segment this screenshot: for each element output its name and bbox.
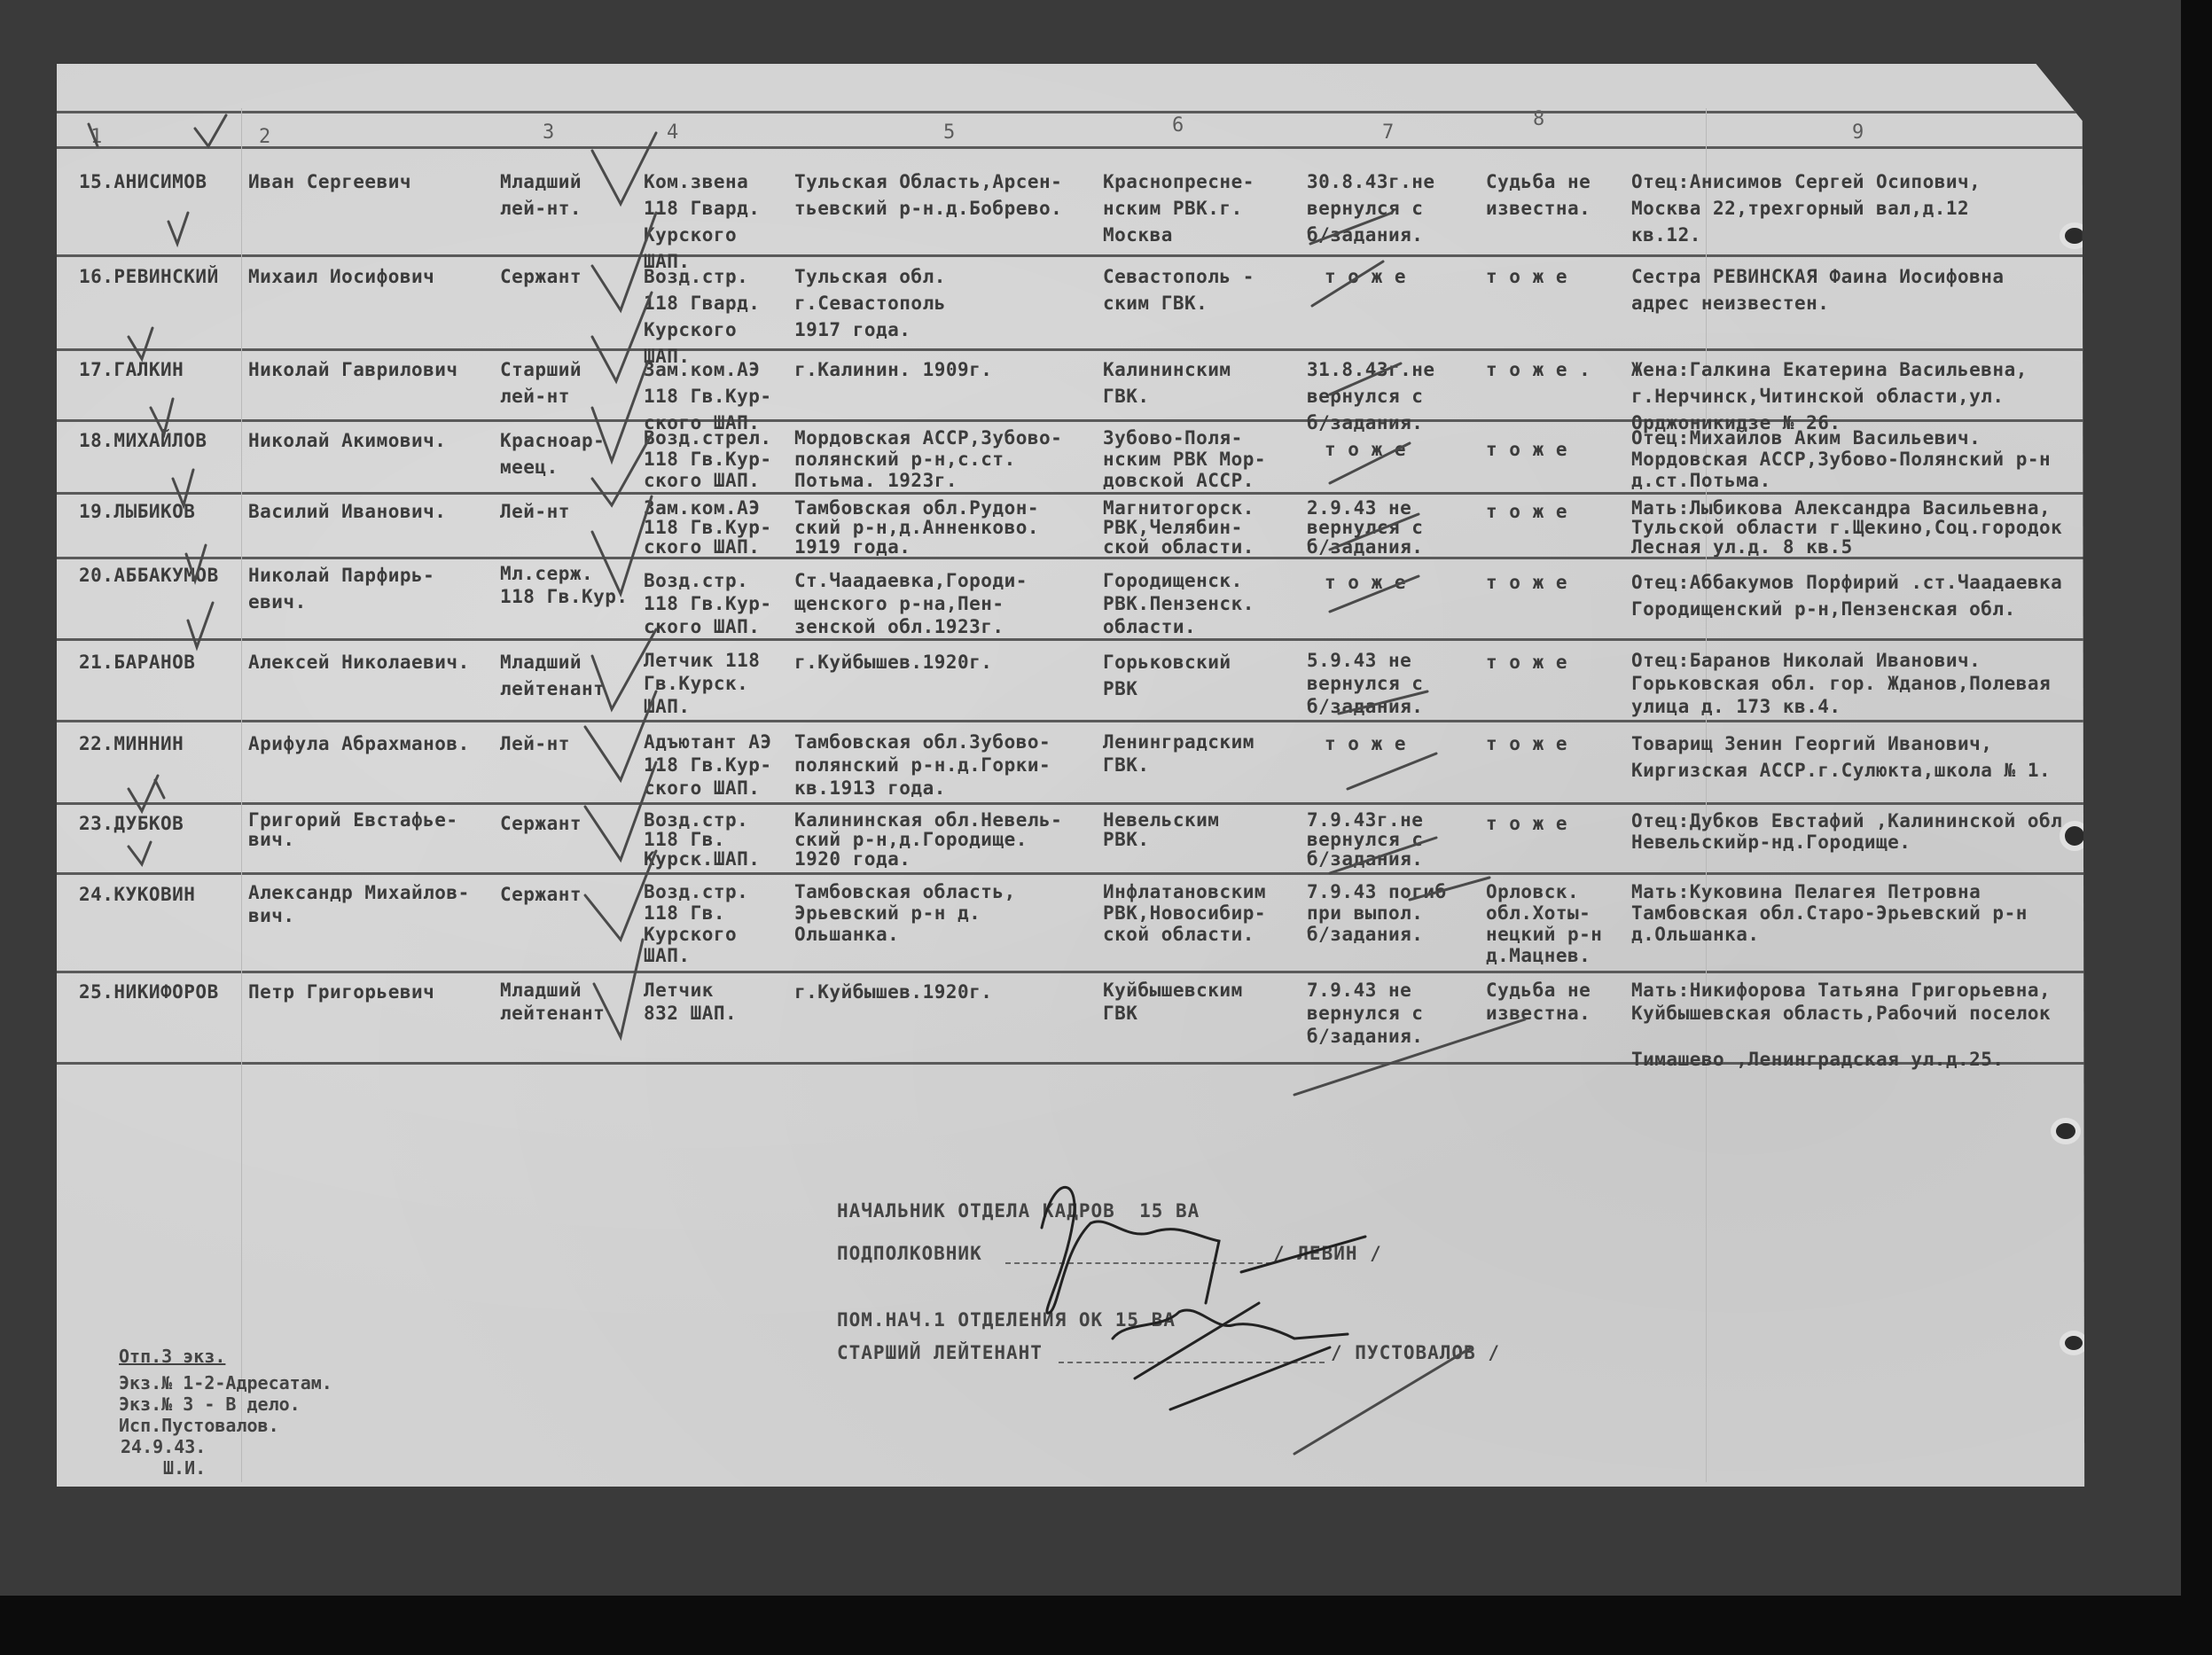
row-given-names: Михаил Иосифович	[248, 263, 434, 290]
row-rule	[57, 872, 2136, 875]
row-fate: т о ж е	[1486, 569, 1567, 596]
row-number-surname: 15.АНИСИМОВ	[79, 168, 207, 195]
row-given-names: Николай Гаврилович	[248, 356, 458, 383]
row-date-reason: т о ж е	[1325, 730, 1406, 757]
row-relatives: Мать:Лыбикова Александра Васильевна, Тул…	[1631, 498, 2062, 557]
row-position: Зам.ком.АЭ 118 Гв.Кур- ского ШАП.	[644, 498, 772, 557]
row-number-surname: 16.РЕВИНСКИЙ	[79, 263, 219, 290]
row-number-surname: 24.КУКОВИН	[79, 881, 195, 908]
column-number-7: 7	[1382, 121, 1394, 144]
row-position: Возд.стрел. 118 Гв.Кур- ского ШАП.	[644, 427, 772, 491]
row-number-surname: 25.НИКИФОРОВ	[79, 979, 219, 1005]
row-number-surname: 20.АББАКУМОВ	[79, 562, 219, 589]
header-bottom-rule	[57, 146, 2158, 149]
signature-name-1: / ЛЕВИН /	[1273, 1243, 1382, 1264]
row-relatives: Отец:Дубков Евстафий ,Калининской обл. Н…	[1631, 810, 2074, 853]
row-draft-office: Горьковский РВК	[1103, 649, 1231, 702]
signature-title-1: НАЧАЛЬНИК ОТДЕЛА КАДРОВ 15 ВА	[837, 1200, 1200, 1222]
row-date-reason: т о ж е	[1325, 263, 1406, 290]
row-draft-office: Магнитогорск. РВК,Челябин- ской области.	[1103, 498, 1255, 557]
signature-title-2: ПОМ.НАЧ.1 ОТДЕЛЕНИЯ ОК 15 ВА	[837, 1309, 1176, 1331]
row-birthplace: Тамбовская обл.Зубово- полянский р-н.д.Г…	[794, 730, 1051, 800]
punch-hole	[2065, 228, 2084, 244]
column-number-6: 6	[1172, 114, 1184, 137]
row-number-surname: 17.ГАЛКИН	[79, 356, 184, 383]
row-given-names: Иван Сергеевич	[248, 168, 411, 195]
row-given-names: Василий Иванович.	[248, 498, 446, 525]
column-divider	[241, 108, 242, 1482]
signature-rank-2: СТАРШИЙ ЛЕЙТЕНАНТ	[837, 1342, 1043, 1363]
row-fate: т о ж е	[1486, 730, 1567, 757]
row-position: Летчик 118 Гв.Курск. ШАП.	[644, 649, 760, 718]
row-birthplace: Тульская обл. г.Севастополь 1917 года.	[794, 263, 946, 343]
row-birthplace: Тамбовская обл.Рудон- ский р-н,д.Анненко…	[794, 498, 1039, 557]
row-birthplace: г.Куйбышев.1920г.	[794, 979, 992, 1005]
signature-line-2	[1059, 1362, 1325, 1363]
signature-line-1	[1005, 1262, 1271, 1264]
row-fate: Судьба не известна.	[1486, 168, 1591, 222]
row-given-names: Николай Парфирь- евич.	[248, 562, 434, 615]
row-relatives: Отец:Аббакумов Порфирий .ст.Чаадаевка Го…	[1631, 569, 2062, 622]
row-rule	[57, 802, 2136, 805]
row-given-names: Алексей Николаевич.	[248, 649, 470, 675]
row-position: Адъютант АЭ 118 Гв.Кур- ского ШАП.	[644, 730, 772, 800]
row-draft-office: Калининским ГВК.	[1103, 356, 1231, 410]
row-fate: т о ж е	[1486, 810, 1567, 837]
row-rank: Младший лей-нт.	[500, 168, 582, 222]
row-draft-office: Зубово-Поля- нским РВК Мор- довской АССР…	[1103, 427, 1266, 491]
row-fate: т о ж е .	[1486, 356, 1591, 383]
row-relatives: Жена:Галкина Екатерина Васильевна, г.Нер…	[1631, 356, 2028, 436]
row-date-reason: 7.9.43 не вернулся с б/задания.	[1307, 979, 1423, 1048]
row-fate: т о ж е	[1486, 498, 1567, 525]
row-rule	[57, 492, 2136, 495]
punch-hole	[2065, 826, 2084, 846]
row-rule	[57, 254, 2149, 257]
punch-hole	[2056, 1123, 2075, 1139]
column-number-1: 1	[90, 126, 102, 148]
row-rule	[57, 720, 2136, 722]
row-date-reason: т о ж е	[1325, 569, 1406, 596]
scanner-edge-bottom	[0, 1596, 2212, 1655]
row-rule	[57, 638, 2136, 641]
row-number-surname: 22.МИННИН	[79, 730, 184, 757]
row-given-names: Николай Акимович.	[248, 427, 446, 454]
row-position: Возд.стр. 118 Гв.Кур- ского ШАП.	[644, 569, 772, 638]
copy-1-note: Экз.№ 1-2-Адресатам.	[119, 1372, 332, 1393]
row-birthplace: г.Куйбышев.1920г.	[794, 649, 992, 675]
row-number-surname: 19.ЛЫБИКОВ	[79, 498, 195, 525]
row-number-surname: 23.ДУБКОВ	[79, 810, 184, 837]
row-rank: Лей-нт	[500, 498, 570, 525]
row-relatives: Товарищ Зенин Георгий Иванович, Киргизск…	[1631, 730, 2051, 784]
row-position: Летчик 832 ШАП.	[644, 979, 737, 1025]
row-relatives: Отец:Михайлов Аким Васильевич. Мордовска…	[1631, 427, 2051, 491]
row-rank: Мл.серж. 118 Гв.Кур.	[500, 562, 629, 608]
row-rank: Старший лей-нт	[500, 356, 582, 410]
row-given-names: Арифула Абрахманов.	[248, 730, 470, 757]
row-rank: Лей-нт	[500, 730, 570, 757]
column-number-9: 9	[1852, 121, 1864, 144]
row-rule	[57, 971, 2136, 973]
row-date-reason: 7.9.43г.не вернулся с б/задания.	[1307, 810, 1423, 869]
row-draft-office: Инфлатановским РВК,Новосибир- ской облас…	[1103, 881, 1266, 945]
row-birthplace: Тамбовская область, Эрьевский р-н д. Оль…	[794, 881, 1016, 945]
row-number-surname: 18.МИХАЙЛОВ	[79, 427, 207, 454]
row-rank: Сержант	[500, 810, 582, 837]
row-fate: Орловск. обл.Хоты- нецкий р-н д.Мацнев.	[1486, 881, 1602, 966]
row-rank: Младший лейтенант	[500, 649, 605, 702]
row-rank: Сержант	[500, 263, 582, 290]
executor-note: Исп.Пустовалов.	[119, 1415, 279, 1436]
row-rank: Младший лейтенант	[500, 979, 605, 1025]
typist-note: Ш.И.	[163, 1457, 206, 1479]
date-note: 24.9.43.	[121, 1436, 206, 1457]
row-birthplace: Тульская Область,Арсен- тьевский р-н.д.Б…	[794, 168, 1062, 222]
row-draft-office: Севастополь - ским ГВК.	[1103, 263, 1255, 316]
column-number-4: 4	[667, 121, 678, 144]
row-relatives: Мать:Куковина Пелагея Петровна Тамбовска…	[1631, 881, 2028, 945]
row-number-surname: 21.БАРАНОВ	[79, 649, 195, 675]
document-page: 1 2 3 4 5 6 7 8 9 15.АНИСИМОВ Иван Серге…	[57, 64, 2162, 1487]
row-birthplace: г.Калинин. 1909г.	[794, 356, 992, 383]
punch-hole	[2065, 1336, 2083, 1350]
row-given-names: Григорий Евстафье- вич.	[248, 810, 458, 849]
copies-note: Отп.3 экз.	[119, 1346, 225, 1367]
signature-rank-1: ПОДПОЛКОВНИК	[837, 1243, 982, 1264]
column-number-8: 8	[1533, 108, 1544, 130]
row-fate: т о ж е	[1486, 263, 1567, 290]
header-top-rule	[57, 111, 2158, 113]
row-date-reason: 7.9.43 погиб при выпол. б/задания.	[1307, 881, 1447, 945]
scanner-edge-right	[2181, 0, 2212, 1655]
row-birthplace: Калининская обл.Невель- ский р-н,д.Город…	[794, 810, 1062, 869]
row-date-reason: 31.8.43г.не вернулся с б/задания.	[1307, 356, 1435, 436]
row-given-names: Петр Григорьевич	[248, 979, 434, 1005]
row-relatives: Отец:Баранов Николай Иванович. Горьковск…	[1631, 649, 2051, 718]
row-birthplace: Мордовская АССР,Зубово- полянский р-н,с.…	[794, 427, 1062, 491]
row-position: Зам.ком.АЭ 118 Гв.Кур- ского ШАП.	[644, 356, 772, 436]
row-position: Ком.звена 118 Гвард. Курского ШАП.	[644, 168, 760, 275]
row-relatives: Сестра РЕВИНСКАЯ Фаина Иосифовна адрес н…	[1631, 263, 2005, 316]
column-number-5: 5	[943, 121, 955, 144]
row-rule	[57, 348, 2131, 351]
row-rank: Красноар- меец.	[500, 427, 605, 480]
signature-name-2: / ПУСТОВАЛОВ /	[1331, 1342, 1500, 1363]
row-draft-office: Краснопресне- нским РВК.г. Москва	[1103, 168, 1255, 248]
row-position: Возд.стр. 118 Гвард. Курского ШАП.	[644, 263, 760, 370]
row-date-reason: 5.9.43 не вернулся с б/задания.	[1307, 649, 1423, 718]
row-position: Возд.стр. 118 Гв. Курск.ШАП.	[644, 810, 760, 869]
row-birthplace: Ст.Чаадаевка,Городи- щенского р-на,Пен- …	[794, 569, 1028, 638]
row-relatives: Мать:Никифорова Татьяна Григорьевна, Куй…	[1631, 979, 2051, 1071]
row-draft-office: Городищенск. РВК.Пензенск. области.	[1103, 569, 1255, 638]
row-draft-office: Невельским РВК.	[1103, 810, 1219, 849]
row-fate: т о ж е	[1486, 436, 1567, 463]
row-fate: Судьба не известна.	[1486, 979, 1591, 1025]
row-position: Возд.стр. 118 Гв. Курского ШАП.	[644, 881, 748, 966]
row-date-reason: 30.8.43г.не вернулся с б/задания.	[1307, 168, 1435, 248]
row-given-names: Александр Михайлов- вич.	[248, 881, 470, 927]
row-relatives: Отец:Анисимов Сергей Осипович, Москва 22…	[1631, 168, 1981, 248]
row-date-reason: т о ж е	[1325, 436, 1406, 463]
row-rank: Сержант	[500, 881, 582, 908]
row-fate: т о ж е	[1486, 649, 1567, 675]
column-number-3: 3	[543, 121, 554, 144]
row-draft-office: Куйбышевским ГВК	[1103, 979, 1243, 1025]
row-draft-office: Ленинградским ГВК.	[1103, 730, 1255, 777]
row-date-reason: 2.9.43 не вернулся с б/задания.	[1307, 498, 1423, 557]
column-number-2: 2	[259, 126, 270, 148]
copy-2-note: Экз.№ 3 - В дело.	[119, 1393, 301, 1415]
